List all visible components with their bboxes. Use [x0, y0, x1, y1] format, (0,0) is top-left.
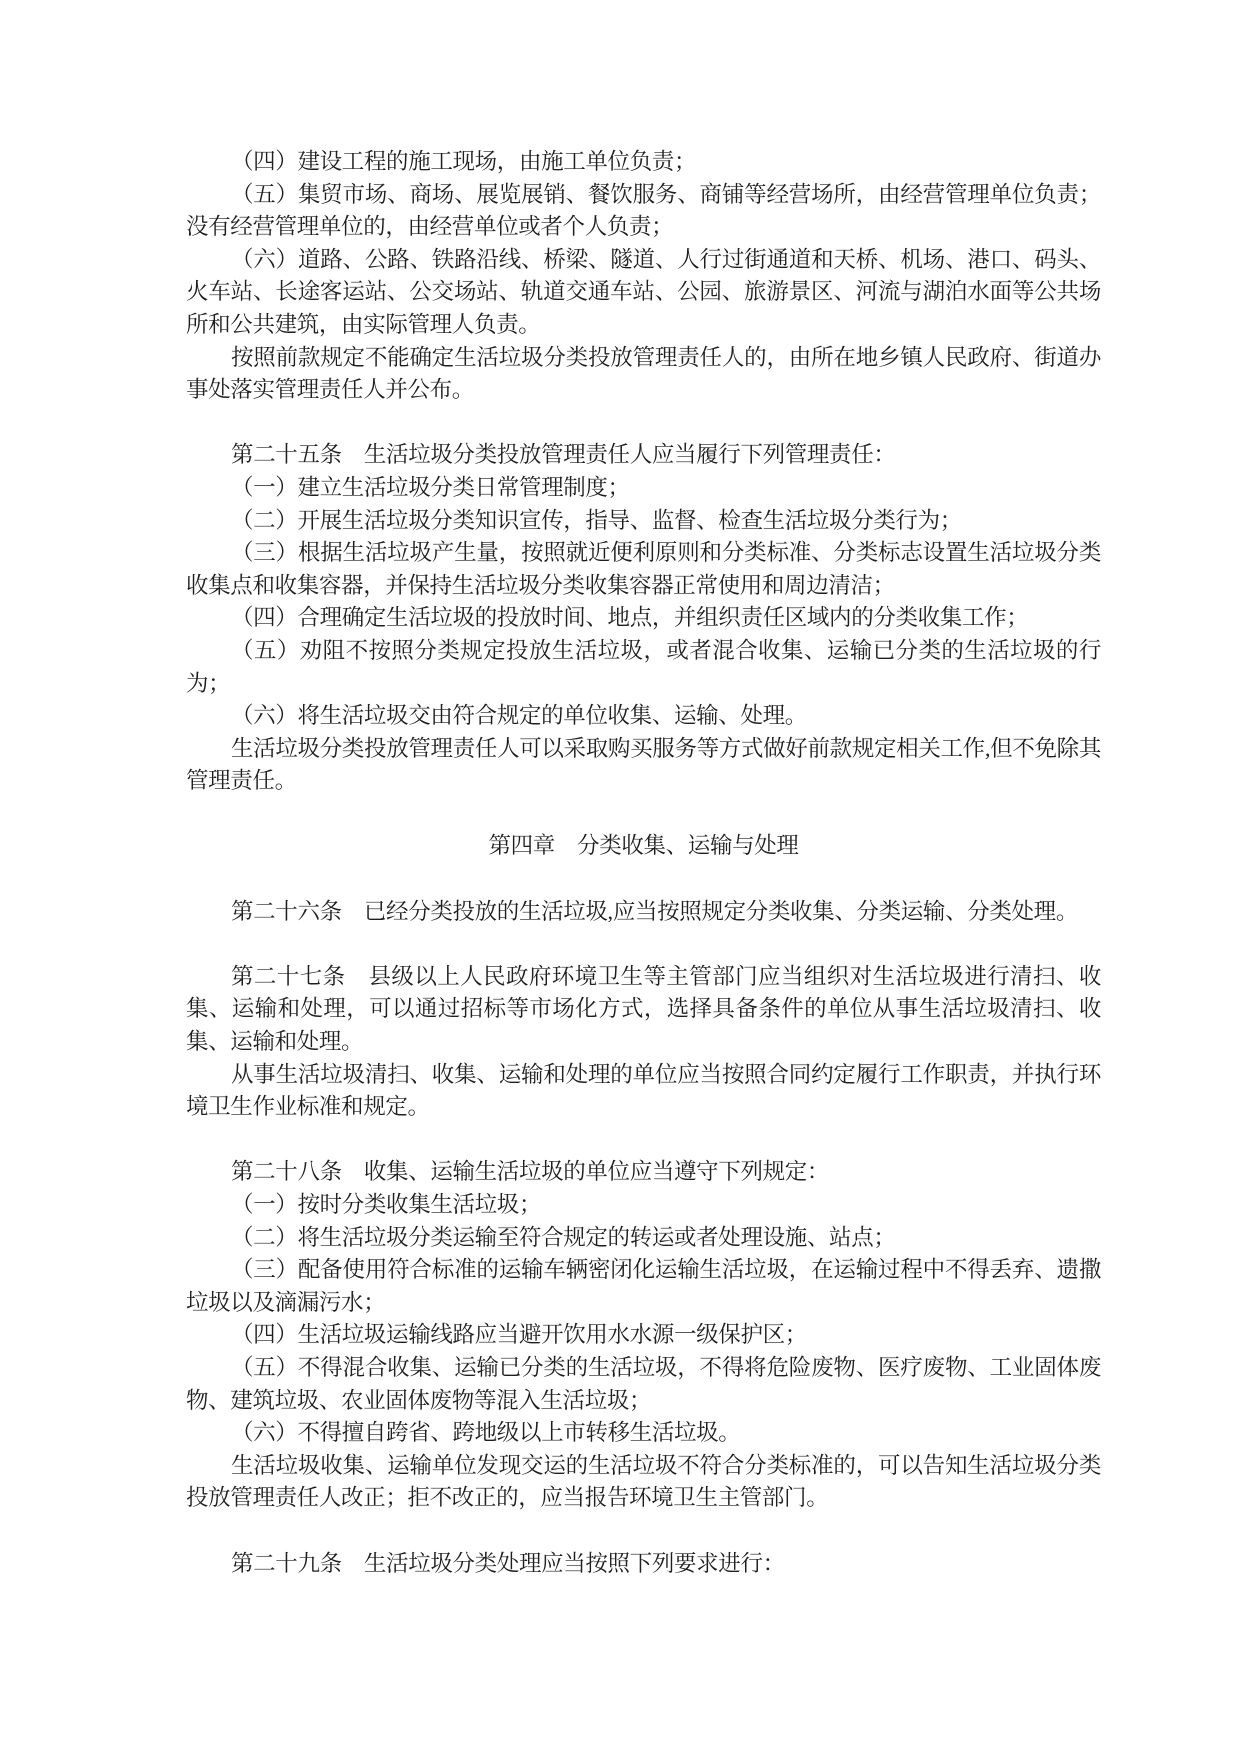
paragraph: （四）建设工程的施工现场，由施工单位负责；	[186, 146, 1101, 179]
paragraph: （三）根据生活垃圾产生量，按照就近便利原则和分类标准、分类标志设置生活垃圾分类收…	[186, 537, 1101, 602]
paragraph: 第二十五条 生活垃圾分类投放管理责任人应当履行下列管理责任：	[186, 439, 1101, 472]
paragraph: （三）配备使用符合标准的运输车辆密闭化运输生活垃圾，在运输过程中不得丢弃、遗撒垃…	[186, 1254, 1101, 1319]
paragraph: （四）合理确定生活垃圾的投放时间、地点，并组织责任区域内的分类收集工作；	[186, 602, 1101, 635]
paragraph: （六）不得擅自跨省、跨地级以上市转移生活垃圾。	[186, 1417, 1101, 1450]
paragraph: 第二十七条 县级以上人民政府环境卫生等主管部门应当组织对生活垃圾进行清扫、收集、…	[186, 961, 1101, 1059]
paragraph: （五）不得混合收集、运输已分类的生活垃圾，不得将危险废物、医疗废物、工业固体废物…	[186, 1352, 1101, 1417]
paragraph: 从事生活垃圾清扫、收集、运输和处理的单位应当按照合同约定履行工作职责，并执行环境…	[186, 1059, 1101, 1124]
document-body: （四）建设工程的施工现场，由施工单位负责；（五）集贸市场、商场、展览展销、餐饮服…	[186, 146, 1101, 1580]
paragraph: 第二十九条 生活垃圾分类处理应当按照下列要求进行：	[186, 1548, 1101, 1581]
document-page: （四）建设工程的施工现场，由施工单位负责；（五）集贸市场、商场、展览展销、餐饮服…	[0, 0, 1241, 1754]
paragraph: 第二十六条 已经分类投放的生活垃圾,应当按照规定分类收集、分类运输、分类处理。	[186, 896, 1101, 929]
paragraph: （一）按时分类收集生活垃圾；	[186, 1189, 1101, 1222]
paragraph: 第二十八条 收集、运输生活垃圾的单位应当遵守下列规定：	[186, 1156, 1101, 1189]
paragraph: 生活垃圾收集、运输单位发现交运的生活垃圾不符合分类标准的，可以告知生活垃圾分类投…	[186, 1450, 1101, 1515]
chapter-heading: 第四章 分类收集、运输与处理	[186, 830, 1101, 863]
paragraph: （五）集贸市场、商场、展览展销、餐饮服务、商铺等经营场所，由经营管理单位负责；没…	[186, 179, 1101, 244]
paragraph: （四）生活垃圾运输线路应当避开饮用水水源一级保护区；	[186, 1319, 1101, 1352]
paragraph: （五）劝阻不按照分类规定投放生活垃圾，或者混合收集、运输已分类的生活垃圾的行为；	[186, 635, 1101, 700]
paragraph: 按照前款规定不能确定生活垃圾分类投放管理责任人的，由所在地乡镇人民政府、街道办事…	[186, 342, 1101, 407]
paragraph: （六）将生活垃圾交由符合规定的单位收集、运输、处理。	[186, 700, 1101, 733]
paragraph: （二）将生活垃圾分类运输至符合规定的转运或者处理设施、站点；	[186, 1222, 1101, 1255]
paragraph: 生活垃圾分类投放管理责任人可以采取购买服务等方式做好前款规定相关工作,但不免除其…	[186, 733, 1101, 798]
paragraph: （二）开展生活垃圾分类知识宣传，指导、监督、检查生活垃圾分类行为；	[186, 505, 1101, 538]
paragraph: （六）道路、公路、铁路沿线、桥梁、隧道、人行过街通道和天桥、机场、港口、码头、火…	[186, 244, 1101, 342]
paragraph: （一）建立生活垃圾分类日常管理制度；	[186, 472, 1101, 505]
